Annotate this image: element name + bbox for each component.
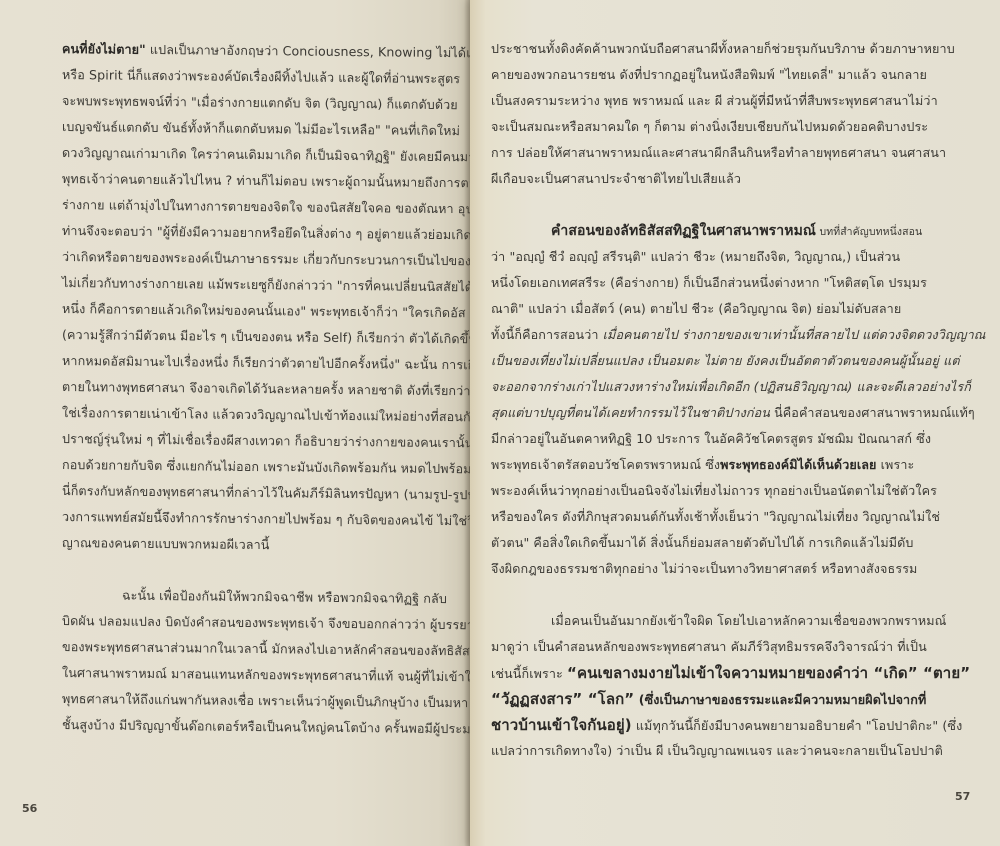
text-span: หนึ่ง ก็คือการตายแล้วเกิดใหม่ของคนนั้นเอ…	[62, 301, 466, 320]
text-span: ท่านจึงจะตอบว่า "ผู้ที่ยังมีความอยากหรือ…	[62, 223, 476, 242]
right-page-number: 57	[955, 790, 970, 803]
text-span: (ความรู้สึกว่ามีตัวตน มีอะไร ๆ เป็นของตน…	[62, 327, 476, 346]
text-span: หรือ Spirit นี่ก็แสดงว่าพระองค์บัดเรื่อง…	[62, 67, 460, 86]
text-span: จะพบพระพุทธพจน์ที่ว่า "เมื่อร่างกายแตกดั…	[62, 93, 458, 112]
text-span: หรือของใคร ดังที่ภิกษุสวดมนต์กันทั้งเช้า…	[491, 509, 940, 524]
text-span: มาดูว่า เป็นคำสอนหลักของพระพุทธศาสนา คัม…	[491, 639, 927, 654]
right-page-body: ประชาชนทั้งดิงคัดค้านพวกนับถือศาสนาผีทั้…	[491, 36, 981, 764]
text-span: มีกล่าวอยู่ในอันตคาหทิฏฐิ 10 ประการ ในอั…	[491, 431, 931, 446]
text-span: แปลเป็นภาษาอังกฤษว่า Conciousness, Knowi…	[146, 42, 476, 61]
text-line: ชั้นสูงบ้าง มีปริญญาขั้นด๊อกเตอร์หรือเป็…	[62, 712, 476, 743]
text-span: นี่คือคำสอนของศาสนาพราหมณ์แท้ๆ	[770, 405, 975, 420]
text-span: บทที่สำคัญบทหนึ่งสอน	[816, 226, 922, 238]
text-line: ทั้งนี้ก็คือการสอนว่า เมื่อคนตายไป ร่างก…	[491, 322, 981, 348]
text-line: เป็นของเที่ยงไม่เปลี่ยนแปลง เป็นอมตะ ไม่…	[491, 348, 981, 374]
text-span: วงการแพทย์สมัยนี้จึงทำการรักษาร่างกายไปพ…	[62, 509, 476, 528]
text-line: จึงผิดกฎของธรรมชาติทุกอย่าง ไม่ว่าจะเป็น…	[491, 556, 981, 582]
text-span: ผีเกือบจะเป็นศาสนาประจำชาติไทยไปเสียแล้ว	[491, 171, 741, 186]
text-span: แปลว่าการเกิดทางใจ) ว่าเป็น ผี เป็นวิญญา…	[491, 743, 943, 758]
text-line: หนึ่งโดยเอกเทศสรีระ (คือร่างกาย) ก็เป็นอ…	[491, 270, 981, 296]
text-line: พระพุทธเจ้าตรัสตอบวัชโคตรพราหมณ์ ซึ่งพระ…	[491, 452, 981, 478]
text-line: เช่นนี้ก็เพราะ “คนเขลางมงายไม่เข้าใจความ…	[491, 660, 981, 686]
text-line: “วัฏฏสงสาร” “โลก” (ซึ่งเป็นภาษาของธรรมะแ…	[491, 686, 981, 712]
text-line: มีกล่าวอยู่ในอันตคาหทิฏฐิ 10 ประการ ในอั…	[491, 426, 981, 452]
text-span: พุทธเจ้าว่าคนตายแล้วไปไหน ? ท่านก็ไม่ตอบ…	[62, 171, 476, 190]
text-line: เมื่อคนเป็นอันมากยังเข้าใจผิด โดยไปเอาหล…	[491, 608, 981, 634]
text-span: พระพุทธองค์มิได้เห็นด้วยเลย	[720, 457, 876, 472]
text-span: ณาติ" แปลว่า เมื่อสัตว์ (คน) ตายไป ชีวะ …	[491, 301, 901, 316]
text-span: พุทธศาสนาให้ถึงแก่นพากันหลงเชื่อ เพราะเห…	[62, 691, 468, 710]
text-span: ดวงวิญญาณเก่ามาเกิด ใครว่าคนเดิมมาเกิด ก…	[62, 145, 476, 165]
text-span: เมื่อคนตายไป ร่างกายของเขาเท่านั้นที่สลา…	[603, 327, 986, 342]
text-span: ญาณของคนตายแบบพวกหมอผีเวลานี้	[62, 535, 270, 552]
text-line: แปลว่าการเกิดทางใจ) ว่าเป็น ผี เป็นวิญญา…	[491, 738, 981, 764]
text-span: สุดแต่บาปบุญที่ตนได้เคยทำกรรมไว้ในชาติปา…	[491, 405, 770, 420]
text-line: ชาวบ้านเข้าใจกันอยู่) แม้ทุกวันนี้ก็ยังม…	[491, 712, 981, 738]
text-span: กอบด้วยกายกับจิต ซึ่งแยกกันไม่ออก เพราะม…	[62, 457, 472, 476]
text-span: การ ปล่อยให้ศาสนาพราหมณ์และศาสนาผีกลืนกิ…	[491, 145, 946, 160]
text-line: สุดแต่บาปบุญที่ตนได้เคยทำกรรมไว้ในชาติปา…	[491, 400, 981, 426]
left-page-body: คนที่ยังไม่ตาย" แปลเป็นภาษาอังกฤษว่า Con…	[62, 36, 476, 738]
text-span: เพราะ	[877, 457, 915, 472]
text-line: ตัวตน" คือสิ่งใดเกิดขึ้นมาได้ สิ่งนั้นก็…	[491, 530, 981, 556]
text-span: ใช่เรื่องการตายเน่าเข้าโลง แล้วดวงวิญญาณ…	[62, 405, 476, 425]
text-line: ณาติ" แปลว่า เมื่อสัตว์ (คน) ตายไป ชีวะ …	[491, 296, 981, 322]
text-line: จะเป็นสมณะหรือสมาคมใด ๆ ก็ตาม ต่างนิ่งเง…	[491, 114, 981, 140]
text-line: ประชาชนทั้งดิงคัดค้านพวกนับถือศาสนาผีทั้…	[491, 36, 981, 62]
text-line: หรือของใคร ดังที่ภิกษุสวดมนต์กันทั้งเช้า…	[491, 504, 981, 530]
text-span: ไม่เกี่ยวกับทางร่างกายเลย แม้พระเยซูก็ยั…	[62, 275, 473, 294]
text-line: ว่า "อญฺญํ ชีวํ อญฺญํ สรีรนฺติ" แปลว่า ช…	[491, 244, 981, 270]
text-span: จะออกจากร่างเก่าไปแสวงหาร่างใหม่เพื่อเกิ…	[491, 379, 971, 394]
text-span: ประชาชนทั้งดิงคัดค้านพวกนับถือศาสนาผีทั้…	[491, 41, 955, 56]
text-span: หากหมดอัสมิมานะไปเรื่องหนึ่ง ก็เรียกว่าต…	[62, 353, 476, 372]
text-line: จะออกจากร่างเก่าไปแสวงหาร่างใหม่เพื่อเกิ…	[491, 374, 981, 400]
text-span: “คนเขลางมงายไม่เข้าใจความหมายของคำว่า “เ…	[567, 664, 970, 682]
text-span: พระองค์เห็นว่าทุกอย่างเป็นอนิจจังไม่เที่…	[491, 483, 937, 498]
left-page: คนที่ยังไม่ตาย" แปลเป็นภาษาอังกฤษว่า Con…	[0, 0, 476, 846]
text-span: ว่า "อญฺญํ ชีวํ อญฺญํ สรีรนฺติ" แปลว่า ช…	[491, 249, 900, 264]
text-line: การ ปล่อยให้ศาสนาพราหมณ์และศาสนาผีกลืนกิ…	[491, 140, 981, 166]
text-line: เป็นสงครามระหว่าง พุทธ พราหมณ์ และ ผี ส่…	[491, 88, 981, 114]
text-span: แม้ทุกวันนี้ก็ยังมีบางคนพยายามอธิบายคำ "…	[632, 718, 963, 733]
text-span: หนึ่งโดยเอกเทศสรีระ (คือร่างกาย) ก็เป็นอ…	[491, 275, 927, 290]
text-line: คายของพวกอนารยชน ดังที่ปรากฏอยู่ในหนังสื…	[491, 62, 981, 88]
text-span: ของพระพุทธศาสนาส่วนมากในเวลานี้ มักหลงไป…	[62, 639, 476, 658]
text-span: ตายในทางพุทธศาสนา จึงอาจเกิดได้วันละหลาย…	[62, 379, 476, 398]
text-span: เป็นของเที่ยงไม่เปลี่ยนแปลง เป็นอมตะ ไม่…	[491, 353, 741, 368]
text-span: (ซึ่งเป็นภาษาของธรรมะและมีความหมายผิดไปจ…	[634, 692, 926, 707]
open-book-spread: คนที่ยังไม่ตาย" แปลเป็นภาษาอังกฤษว่า Con…	[0, 0, 1000, 846]
text-span: นี่ก็ตรงกับหลักของพุทธศาสนาที่กล่าวไว้ใน…	[62, 483, 476, 503]
text-span: บิดผัน ปลอมแปลง บิดบังคำสอนของพระพุทธเจ้…	[62, 613, 476, 632]
text-span: “วัฏฏสงสาร” “โลก”	[491, 690, 634, 708]
text-span: เบญจขันธ์แตกดับ ขันธ์ทั้งห้าก็แตกดับหมด …	[62, 119, 460, 138]
text-span: ในศาสนาพราหมณ์ มาสอนแทนหลักของพระพุทธศาส…	[62, 665, 476, 684]
text-span: จะเป็นสมณะหรือสมาคมใด ๆ ก็ตาม ต่างนิ่งเง…	[491, 119, 928, 134]
text-span: ชาวบ้านเข้าใจกันอยู่)	[491, 716, 632, 734]
text-line: ผีเกือบจะเป็นศาสนาประจำชาติไทยไปเสียแล้ว	[491, 166, 981, 192]
text-span: คายของพวกอนารยชน ดังที่ปรากฏอยู่ในหนังสื…	[491, 67, 927, 82]
text-line: ญาณของคนตายแบบพวกหมอผีเวลานี้	[62, 530, 476, 561]
text-span: คำสอนของลัทธิสัสสทิฏฐิในศาสนาพราหมณ์	[551, 223, 816, 239]
right-page: ประชาชนทั้งดิงคัดค้านพวกนับถือศาสนาผีทั้…	[470, 0, 1000, 846]
text-span: เมื่อคนเป็นอันมากยังเข้าใจผิด โดยไปเอาหล…	[551, 613, 946, 628]
left-page-number: 56	[22, 802, 37, 815]
text-span: ทั้งนี้ก็คือการสอนว่า	[491, 327, 603, 342]
text-span: ปราชญ์รุ่นใหม่ ๆ ที่ไม่เชื่อเรื่องผีสางเ…	[62, 431, 473, 450]
text-span: พระพุทธเจ้าตรัสตอบวัชโคตรพราหมณ์ ซึ่ง	[491, 457, 720, 472]
text-span: ยังคงเป็นอัตตาตัวตนของคนผู้นั้นอยู่ แต่	[741, 353, 959, 368]
text-span: ตัวตน" คือสิ่งใดเกิดขึ้นมาได้ สิ่งนั้นก็…	[491, 535, 914, 550]
text-line: มาดูว่า เป็นคำสอนหลักของพระพุทธศาสนา คัม…	[491, 634, 981, 660]
text-span: ชั้นสูงบ้าง มีปริญญาขั้นด๊อกเตอร์หรือเป็…	[62, 717, 476, 736]
text-span: ร่างกาย แต่ถ้ามุ่งไปในทางการตายของจิตใจ …	[62, 197, 476, 217]
text-span: เช่นนี้ก็เพราะ	[491, 666, 567, 681]
text-span: ว่าเกิดหรือตายของพระองค์เป็นภาษาธรรมะ เก…	[62, 249, 476, 268]
text-span: ฉะนั้น เพื่อป้องกันมิให้พวกมิจฉาชีพ หรือ…	[122, 588, 447, 606]
text-span: คนที่ยังไม่ตาย"	[62, 41, 146, 57]
text-span: จึงผิดกฎของธรรมชาติทุกอย่าง ไม่ว่าจะเป็น…	[491, 561, 917, 576]
text-line: คำสอนของลัทธิสัสสทิฏฐิในศาสนาพราหมณ์ บทท…	[491, 218, 981, 244]
text-line: พระองค์เห็นว่าทุกอย่างเป็นอนิจจังไม่เที่…	[491, 478, 981, 504]
text-span: เป็นสงครามระหว่าง พุทธ พราหมณ์ และ ผี ส่…	[491, 93, 938, 108]
